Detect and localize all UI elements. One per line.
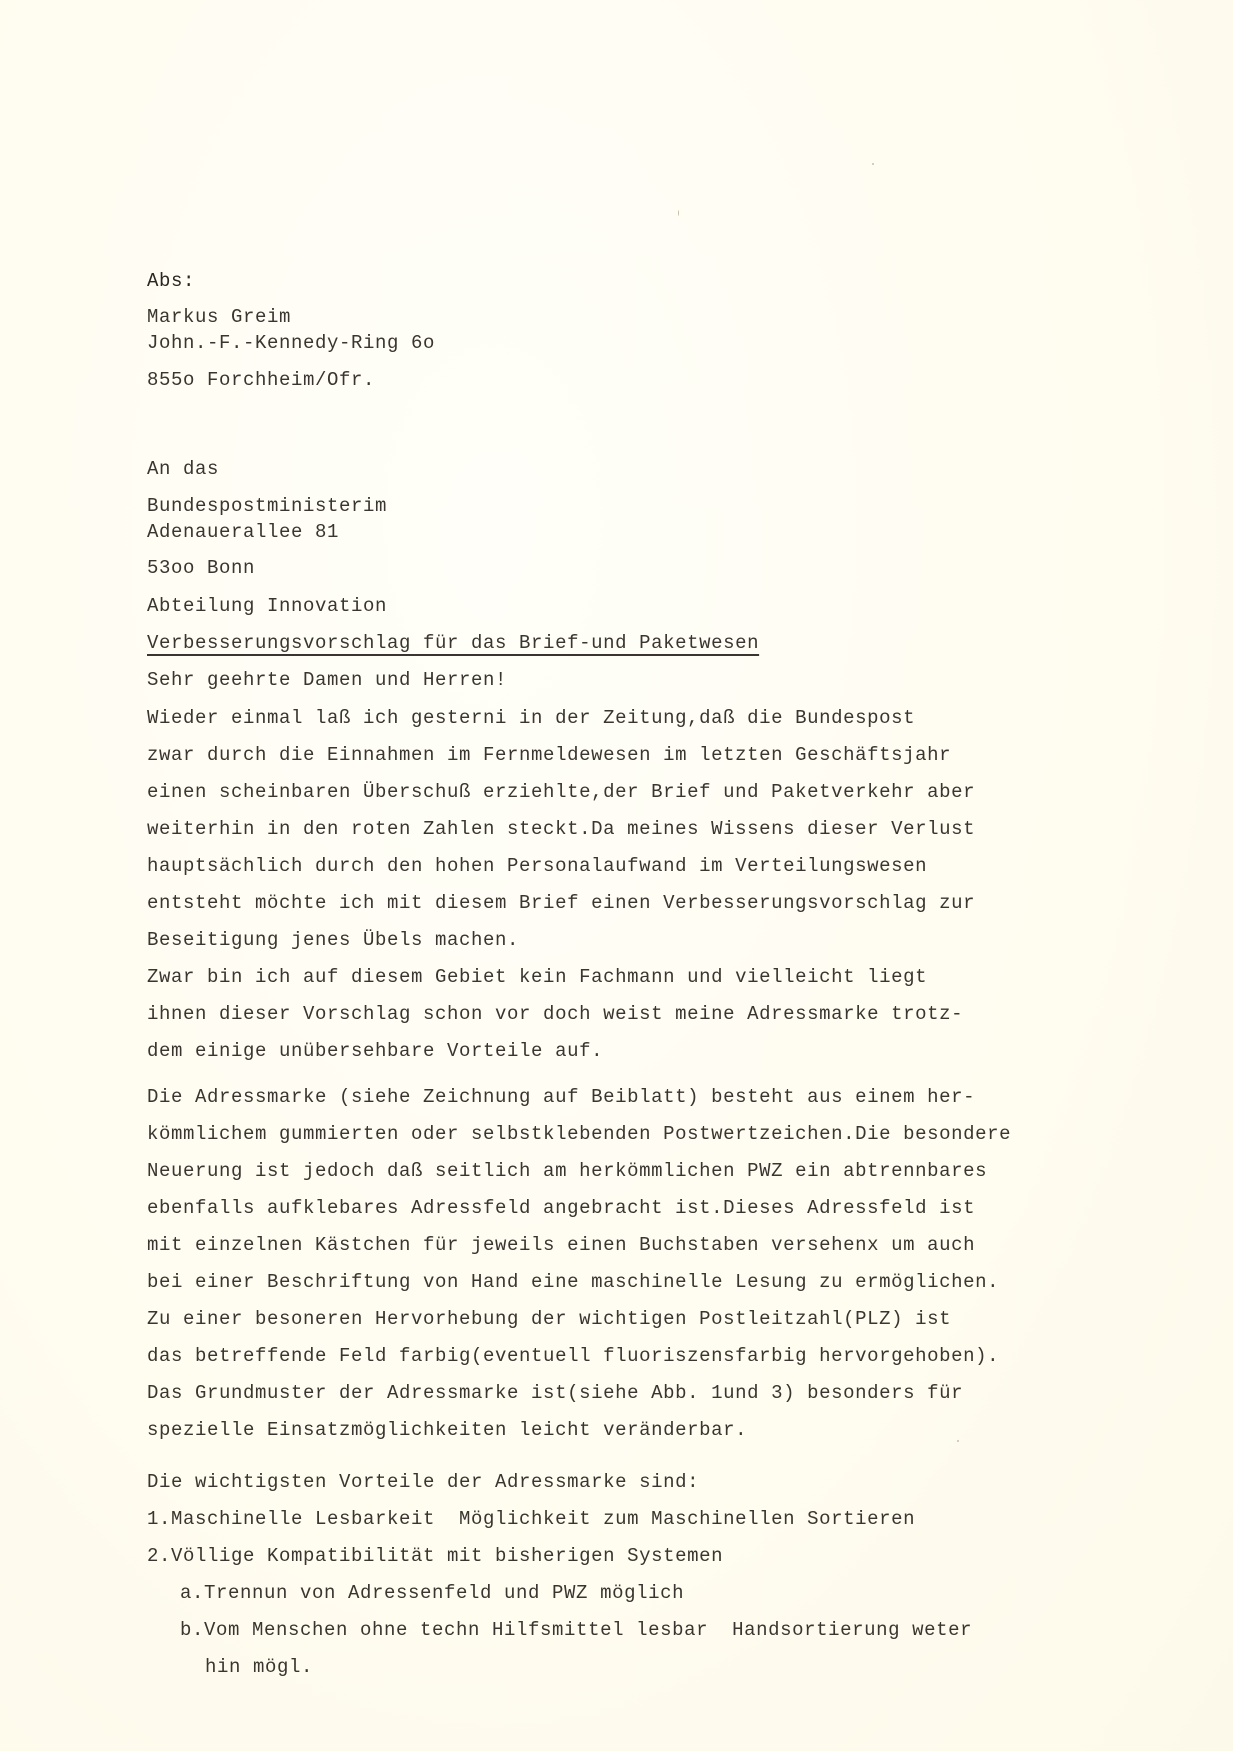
paper-speck bbox=[678, 210, 679, 216]
paragraph-3-line: bei einer Beschriftung von Hand eine mas… bbox=[147, 1271, 999, 1293]
sender-city: 855o Forchheim/Ofr. bbox=[147, 369, 375, 391]
advantage-subitem: b.Vom Menschen ohne techn Hilfsmittel le… bbox=[180, 1619, 972, 1641]
sender-label: Abs: bbox=[147, 270, 195, 292]
paragraph-2-line: ihnen dieser Vorschlag schon vor doch we… bbox=[147, 1003, 963, 1025]
advantage-subitem: a.Trennun von Adressenfeld und PWZ mögli… bbox=[180, 1582, 684, 1604]
paragraph-1-line: Beseitigung jenes Übels machen. bbox=[147, 929, 519, 951]
paragraph-3-line: mit einzelnen Kästchen für jeweils einen… bbox=[147, 1234, 975, 1256]
recipient-street: Adenauerallee 81 bbox=[147, 521, 339, 543]
letter-page: Abs: Markus Greim John.-F.-Kennedy-Ring … bbox=[0, 0, 1233, 1751]
paragraph-3-line: das betreffende Feld farbig(eventuell fl… bbox=[147, 1345, 999, 1367]
recipient-department: Abteilung Innovation bbox=[147, 595, 387, 617]
letter-subject: Verbesserungsvorschlag für das Brief-und… bbox=[147, 632, 759, 654]
recipient-city: 53oo Bonn bbox=[147, 557, 255, 579]
paragraph-1-line: hauptsächlich durch den hohen Personalau… bbox=[147, 855, 927, 877]
recipient-org: Bundespostministerim bbox=[147, 495, 387, 517]
paragraph-2-line: Zwar bin ich auf diesem Gebiet kein Fach… bbox=[147, 966, 927, 988]
paragraph-3-line: Neuerung ist jedoch daß seitlich am herk… bbox=[147, 1160, 987, 1182]
paragraph-1-line: entsteht möchte ich mit diesem Brief ein… bbox=[147, 892, 975, 914]
paragraph-3-line: kömmlichem gummierten oder selbstklebend… bbox=[147, 1123, 1011, 1145]
advantage-item: 2.Völlige Kompatibilität mit bisherigen … bbox=[147, 1545, 723, 1567]
paragraph-3-line: spezielle Einsatzmöglichkeiten leicht ve… bbox=[147, 1419, 747, 1441]
sender-street: John.-F.-Kennedy-Ring 6o bbox=[147, 332, 435, 354]
paragraph-1-line: einen scheinbaren Überschuß erziehlte,de… bbox=[147, 781, 975, 803]
paper-speck bbox=[872, 163, 874, 165]
advantages-intro: Die wichtigsten Vorteile der Adressmarke… bbox=[147, 1471, 699, 1493]
sender-name: Markus Greim bbox=[147, 306, 291, 328]
paragraph-2-line: dem einige unübersehbare Vorteile auf. bbox=[147, 1040, 603, 1062]
advantage-continuation: hin mögl. bbox=[205, 1656, 313, 1678]
paragraph-1-line: weiterhin in den roten Zahlen steckt.Da … bbox=[147, 818, 975, 840]
paragraph-3-line: Das Grundmuster der Adressmarke ist(sieh… bbox=[147, 1382, 963, 1404]
paper-speck bbox=[957, 1440, 959, 1442]
paragraph-1-line: Wieder einmal laß ich gesterni in der Ze… bbox=[147, 707, 915, 729]
paragraph-3-line: ebenfalls aufklebares Adressfeld angebra… bbox=[147, 1197, 975, 1219]
advantage-item: 1.Maschinelle Lesbarkeit Möglichkeit zum… bbox=[147, 1508, 915, 1530]
recipient-label: An das bbox=[147, 458, 219, 480]
paragraph-1-line: zwar durch die Einnahmen im Fernmeldewes… bbox=[147, 744, 951, 766]
paragraph-3-line: Die Adressmarke (siehe Zeichnung auf Bei… bbox=[147, 1086, 975, 1108]
salutation: Sehr geehrte Damen und Herren! bbox=[147, 669, 507, 691]
paragraph-3-line: Zu einer besoneren Hervorhebung der wich… bbox=[147, 1308, 951, 1330]
